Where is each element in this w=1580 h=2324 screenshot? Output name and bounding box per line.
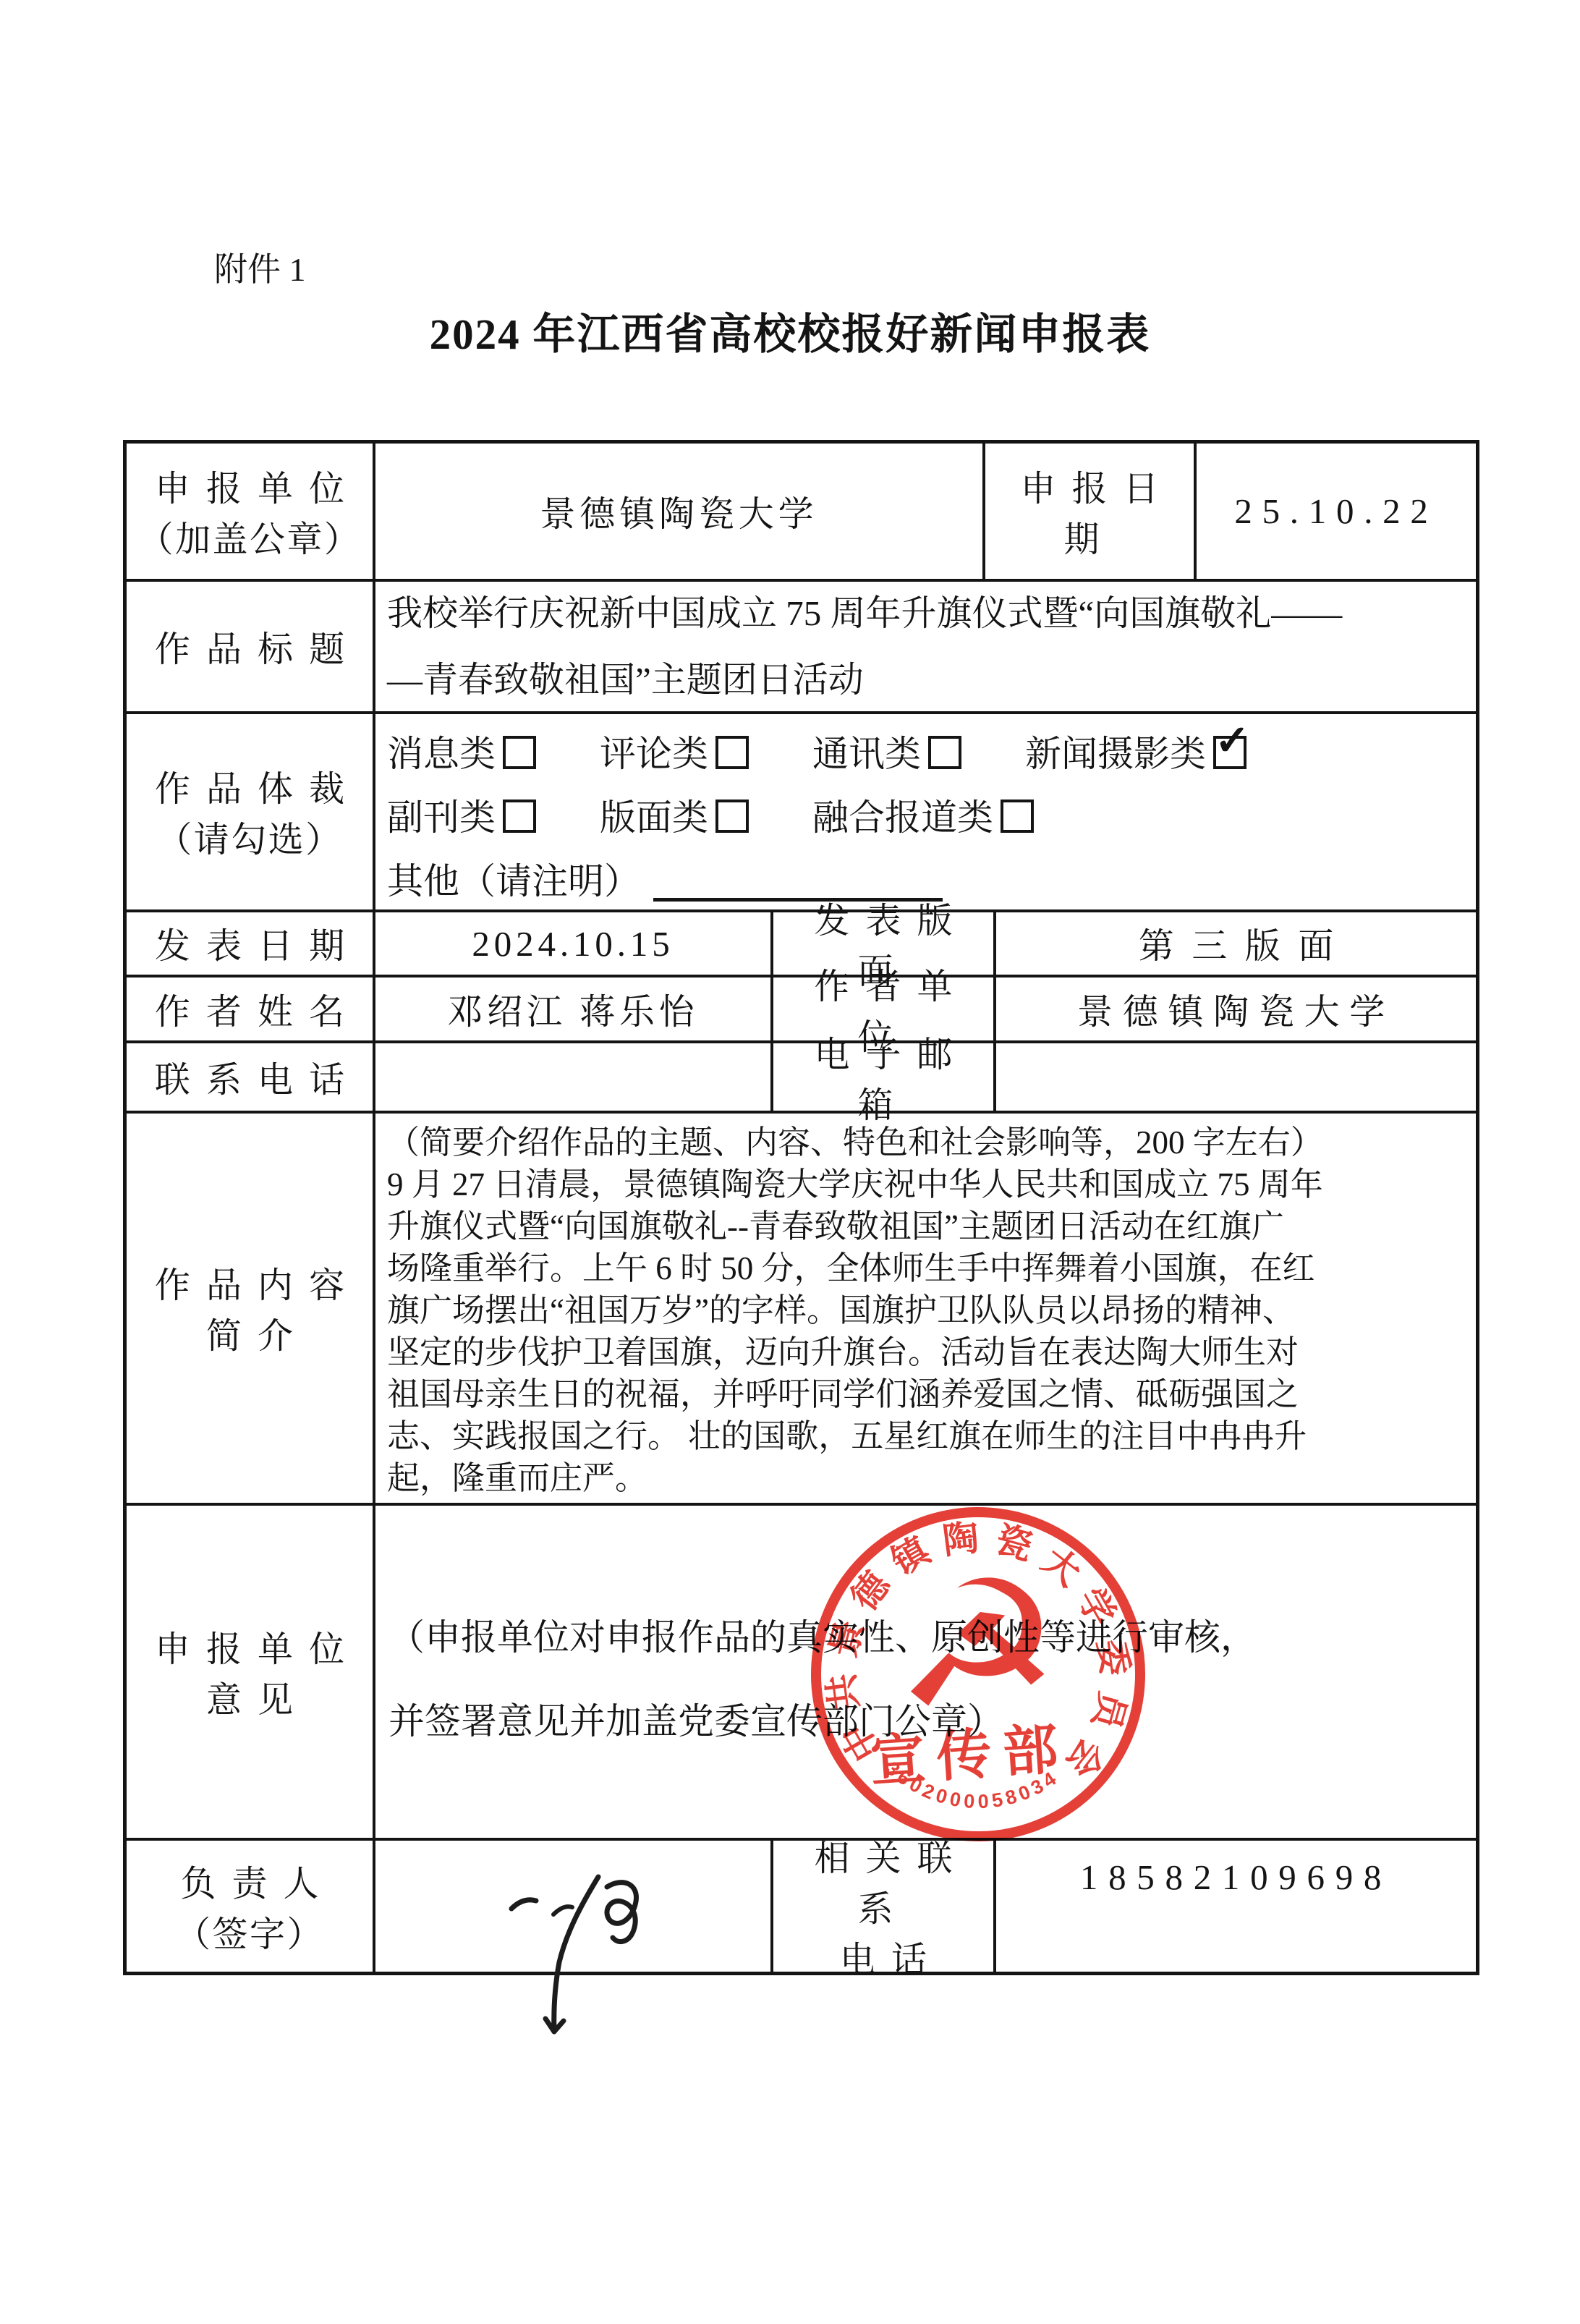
- genre-option-label: 融合报道类: [812, 789, 993, 841]
- work-title-label: 作品标题: [139, 622, 360, 672]
- check-mark-icon: ✓: [1215, 720, 1250, 762]
- genre-option-label: 副刊类: [387, 789, 496, 841]
- contact-phone-label: 联系电话: [139, 1052, 360, 1103]
- checkbox-icon: [715, 736, 749, 769]
- signature-cell: [373, 1841, 770, 1972]
- genre-options-line2: 副刊类版面类融合报道类: [387, 783, 1246, 847]
- table-row-opinion: 申报单位 意见 （申报单位对申报作品的真实性、原创性等进行审核， 并签署意见并加…: [127, 1503, 1476, 1838]
- genre-option: 版面类: [600, 789, 749, 841]
- genre-option: 融合报道类: [812, 789, 1034, 841]
- checkbox-icon: [715, 800, 749, 833]
- author-name-value: 邓绍江 蒋乐怡: [447, 984, 698, 1035]
- table-row-signature: 负责人 （签字） 相关联系 电话 18582109698: [127, 1838, 1476, 1972]
- genre-option: 消息类: [387, 725, 536, 777]
- attachment-label: 附件 1: [214, 243, 306, 291]
- table-row-summary: 作品内容 简介 （简要介绍作品的主题、内容、特色和社会影响等，200 字左右） …: [127, 1111, 1476, 1503]
- genre-options-cell: 消息类评论类通讯类新闻摄影类✓ 副刊类版面类融合报道类 其他（请注明）: [373, 714, 1476, 909]
- genre-option-label: 新闻摄影类: [1025, 725, 1206, 777]
- genre-option-label: 消息类: [387, 725, 496, 777]
- declare-date-value-cell: 25.10.22: [1194, 444, 1476, 579]
- table-row-work-title: 作品标题 我校举行庆祝新中国成立 75 周年升旗仪式暨“向国旗敬礼—— —青春致…: [127, 579, 1476, 711]
- work-title-text: 我校举行庆祝新中国成立 75 周年升旗仪式暨“向国旗敬礼—— —青春致敬祖国”主…: [375, 573, 1345, 721]
- genre-other-label: 其他（请注明）: [387, 852, 640, 904]
- work-title-line1: 我校举行庆祝新中国成立 75 周年升旗仪式暨“向国旗敬礼——: [387, 580, 1342, 647]
- publish-page-value: 第三版面: [1121, 918, 1351, 969]
- related-phone-value-cell: 18582109698: [993, 1841, 1476, 1972]
- checkbox-checked-icon: ✓: [1213, 736, 1246, 769]
- handwritten-signature: [484, 1861, 701, 2056]
- work-title-line2: —青春致敬祖国”主题团日活动: [387, 647, 1342, 713]
- summary-text: （简要介绍作品的主题、内容、特色和社会影响等，200 字左右） 9 月 27 日…: [375, 1110, 1330, 1506]
- declare-unit-sublabel: （加盖公章）: [138, 512, 362, 562]
- declare-unit-value-cell: 景德镇陶瓷大学: [373, 444, 982, 579]
- checkbox-icon: [503, 736, 536, 769]
- opinion-text: （申报单位对申报作品的真实性、原创性等进行审核， 并签署意见并加盖党委宣传部门公…: [375, 1574, 1260, 1770]
- declare-date-label: 申报日期: [985, 461, 1194, 562]
- related-phone-value: 18582109698: [1080, 1857, 1392, 1898]
- work-title-label-cell: 作品标题: [127, 582, 373, 711]
- signer-label-line2: （签字）: [175, 1907, 324, 1957]
- related-phone-label-line2: 电话: [824, 1932, 943, 1982]
- signer-label-cell: 负责人 （签字）: [127, 1841, 373, 1972]
- summary-label-line2: 简介: [190, 1308, 309, 1359]
- opinion-label-line1: 申报单位: [139, 1621, 360, 1672]
- related-phone-label-cell: 相关联系 电话: [770, 1841, 993, 1972]
- author-unit-value: 景德镇陶瓷大学: [1077, 984, 1395, 1035]
- genre-option: 通讯类: [812, 725, 961, 777]
- genre-option-label: 评论类: [600, 725, 708, 777]
- genre-options-line1: 消息类评论类通讯类新闻摄影类✓: [387, 719, 1246, 783]
- checkbox-icon: [503, 800, 536, 833]
- scanned-application-form: 附件 1 2024 年江西省高校校报好新闻申报表 申报单位 （加盖公章） 景德镇…: [0, 0, 1580, 2324]
- opinion-text-cell: （申报单位对申报作品的真实性、原创性等进行审核， 并签署意见并加盖党委宣传部门公…: [373, 1506, 1476, 1838]
- table-row-contact: 联系电话 电子邮箱: [127, 1040, 1476, 1111]
- summary-label-cell: 作品内容 简介: [127, 1114, 373, 1503]
- opinion-label-line2: 意见: [190, 1672, 309, 1723]
- genre-option: 新闻摄影类✓: [1025, 725, 1246, 777]
- declare-unit-value: 景德镇陶瓷大学: [540, 486, 817, 537]
- publish-date-value: 2024.10.15: [472, 923, 674, 964]
- table-row-declare-unit: 申报单位 （加盖公章） 景德镇陶瓷大学 申报日期 25.10.22: [127, 444, 1476, 579]
- author-name-label: 作者姓名: [139, 984, 360, 1035]
- genre-option: 副刊类: [387, 789, 536, 841]
- page-title: 2024 年江西省高校校报好新闻申报表: [0, 300, 1580, 361]
- publish-date-label: 发表日期: [139, 918, 360, 969]
- genre-sublabel: （请勾选）: [156, 812, 342, 862]
- declare-unit-label-cell: 申报单位 （加盖公章）: [127, 444, 373, 579]
- declare-date-label-cell: 申报日期: [982, 444, 1194, 579]
- genre-label-cell: 作品体裁 （请勾选）: [127, 714, 373, 909]
- checkbox-icon: [928, 736, 961, 769]
- declare-date-value: 25.10.22: [1234, 491, 1437, 532]
- work-title-value-cell: 我校举行庆祝新中国成立 75 周年升旗仪式暨“向国旗敬礼—— —青春致敬祖国”主…: [373, 582, 1476, 711]
- table-row-genre: 作品体裁 （请勾选） 消息类评论类通讯类新闻摄影类✓ 副刊类版面类融合报道类 其…: [127, 711, 1476, 909]
- declare-unit-label: 申报单位: [139, 461, 360, 512]
- genre-option-label: 通讯类: [812, 725, 921, 777]
- signer-label-line1: 负责人: [164, 1856, 334, 1907]
- genre-options: 消息类评论类通讯类新闻摄影类✓ 副刊类版面类融合报道类 其他（请注明）: [375, 709, 1249, 915]
- checkbox-icon: [1001, 800, 1034, 833]
- genre-option: 评论类: [600, 725, 749, 777]
- genre-option-label: 版面类: [600, 789, 708, 841]
- related-phone-label-line1: 相关联系: [773, 1831, 993, 1932]
- application-table: 申报单位 （加盖公章） 景德镇陶瓷大学 申报日期 25.10.22 作品标题 我…: [123, 440, 1479, 1975]
- genre-label: 作品体裁: [139, 761, 360, 812]
- opinion-label-cell: 申报单位 意见: [127, 1506, 373, 1838]
- summary-text-cell: （简要介绍作品的主题、内容、特色和社会影响等，200 字左右） 9 月 27 日…: [373, 1114, 1476, 1503]
- summary-label-line1: 作品内容: [139, 1258, 360, 1308]
